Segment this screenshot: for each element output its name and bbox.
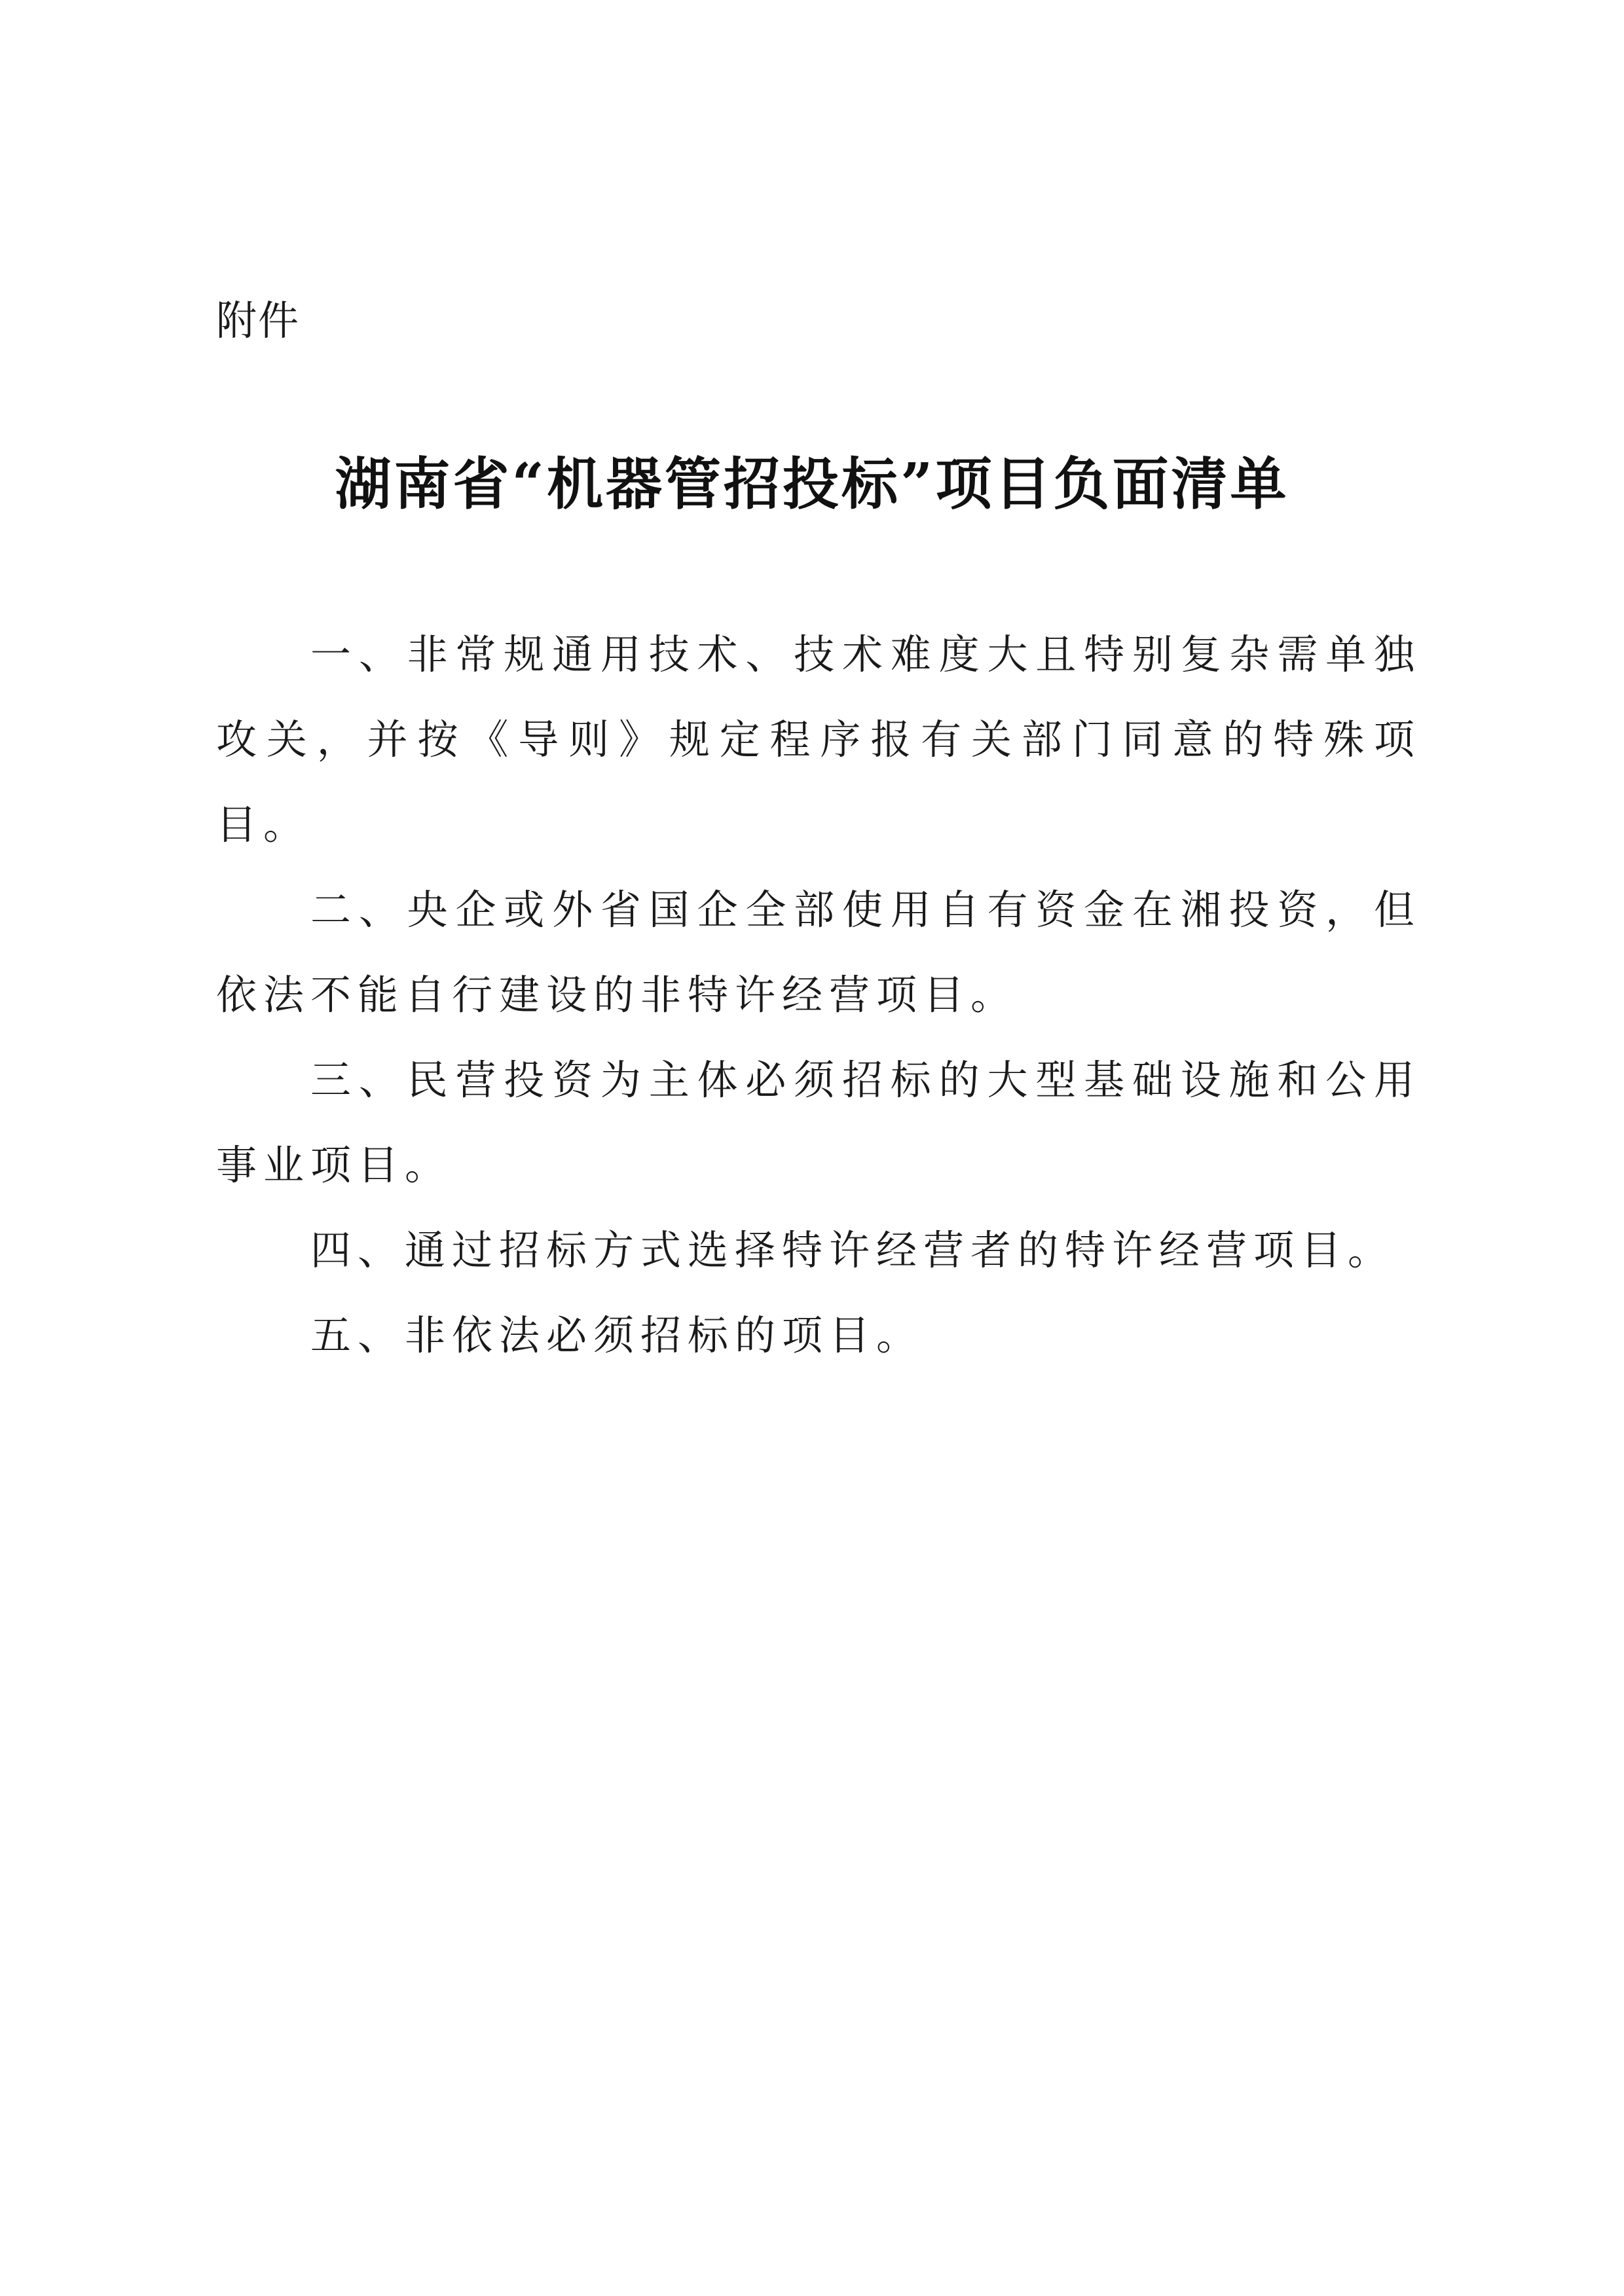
negative-list-body: 一、非常规通用技术、技术难度大且特别复杂需单独攻关，并按《导则》规定程序报有关部…: [216, 612, 1421, 1378]
list-item-text: 非依法必须招标的项目。: [405, 1311, 923, 1359]
list-item-number: 五、: [310, 1311, 405, 1359]
list-item-number: 二、: [310, 886, 407, 934]
list-item: 一、非常规通用技术、技术难度大且特别复杂需单独攻关，并按《导则》规定程序报有关部…: [216, 612, 1421, 867]
list-item-number: 一、: [310, 630, 407, 678]
list-item: 五、非依法必须招标的项目。: [216, 1293, 1421, 1378]
list-item-number: 四、: [310, 1226, 405, 1274]
attachment-label: 附件: [216, 291, 300, 350]
list-item: 二、央企或外省国企全部使用自有资金在湘投资，但依法不能自行建设的非特许经营项目。: [216, 867, 1421, 1038]
list-item-text: 通过招标方式选择特许经营者的特许经营项目。: [405, 1226, 1395, 1274]
list-item: 三、民营投资为主体必须招标的大型基础设施和公用事业项目。: [216, 1038, 1421, 1208]
list-item: 四、通过招标方式选择特许经营者的特许经营项目。: [216, 1208, 1421, 1293]
list-item-number: 三、: [310, 1056, 407, 1104]
document-page: 附件 湖南省“机器管招投标”项目负面清单 一、非常规通用技术、技术难度大且特别复…: [0, 0, 1624, 2296]
document-title: 湖南省“机器管招投标”项目负面清单: [0, 442, 1624, 527]
